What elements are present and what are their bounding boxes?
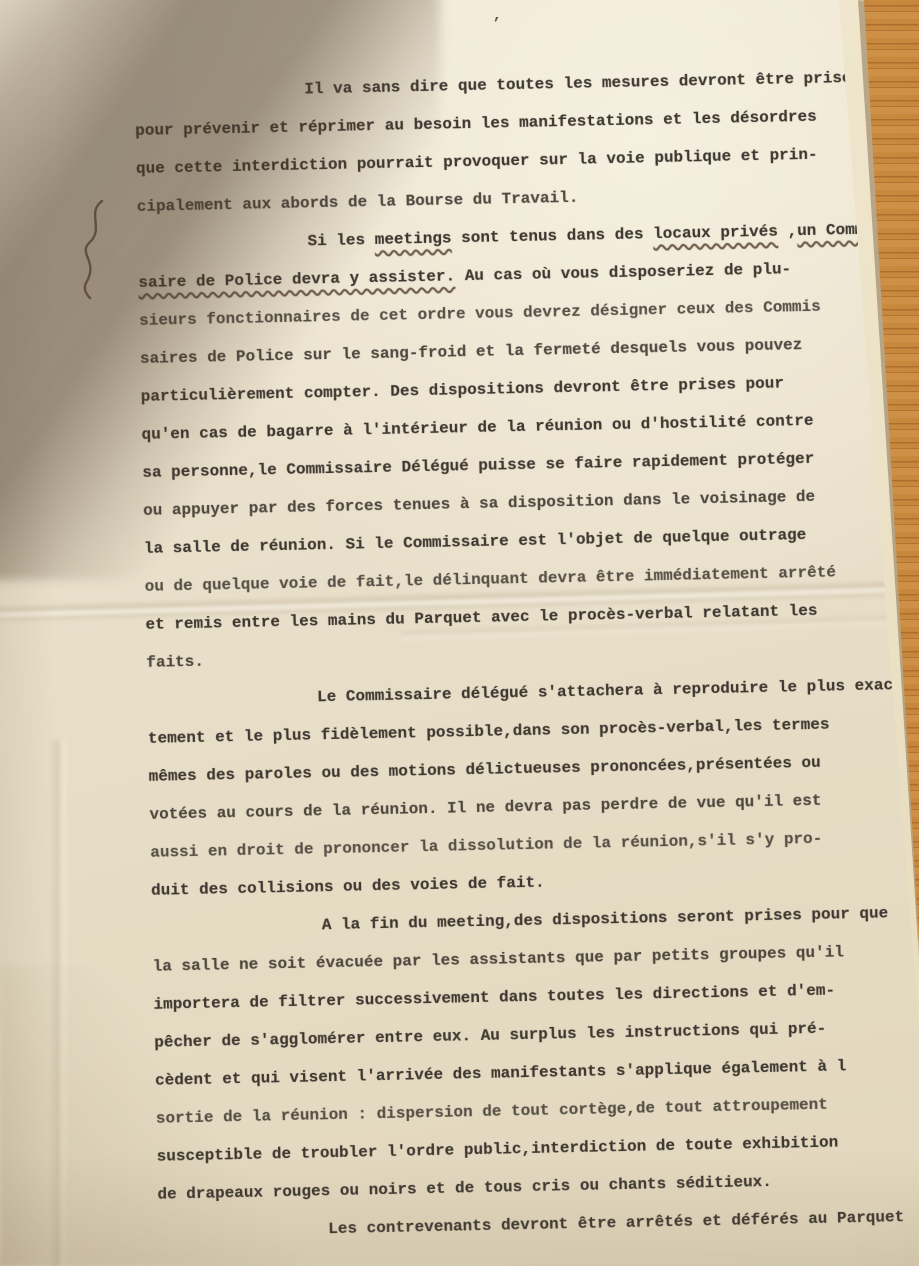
stray-ink-mark: ’ (492, 16, 501, 33)
typed-text: susceptible de troubler l'ordre public,i… (156, 1133, 838, 1165)
typed-text: mêmes des paroles ou des motions délictu… (149, 754, 821, 786)
camera-shadow-overlay (0, 0, 440, 580)
document-photo: ’ Il va sans dire que toutes les mesures… (0, 0, 919, 1266)
typed-text: de drapeaux rouges ou noirs et de tous c… (157, 1173, 772, 1204)
typed-text: votées au cours de la réunion. Il ne dev… (149, 792, 821, 824)
typed-text: , (778, 222, 798, 240)
typed-text: aussi en droit de prononcer la dissoluti… (150, 830, 822, 862)
typed-text: pêcher de s'agglomérer entre eux. Au sur… (154, 1020, 826, 1052)
typed-text: Le Commissaire délégué s'attachera à rep… (317, 676, 903, 706)
typed-text: cèdent et qui visent l'arrivée des manif… (155, 1057, 847, 1089)
typed-text: Au cas où vous disposeriez de plu- (455, 260, 791, 285)
typed-text: A la fin du meeting,des dispositions ser… (322, 904, 889, 934)
typed-text: tement et le plus fidèlement possible,da… (148, 716, 830, 748)
typed-text: importera de filtrer successivement dans… (153, 982, 835, 1014)
typed-text: duit des collisions ou des voies de fait… (151, 874, 545, 900)
typed-text: sont tenus dans des (451, 225, 653, 247)
typed-text: la salle ne soit évacuée par les assista… (153, 943, 845, 975)
wavy-underlined-text: locaux privés (653, 223, 778, 244)
typed-text: sortie de la réunion : dispersion de tou… (156, 1096, 828, 1128)
typed-text: faits. (146, 653, 204, 672)
typed-text: Les contrevenants devront être arrêtés e… (328, 1208, 904, 1238)
typed-text: et remis entre les mains du Parquet avec… (145, 602, 817, 634)
